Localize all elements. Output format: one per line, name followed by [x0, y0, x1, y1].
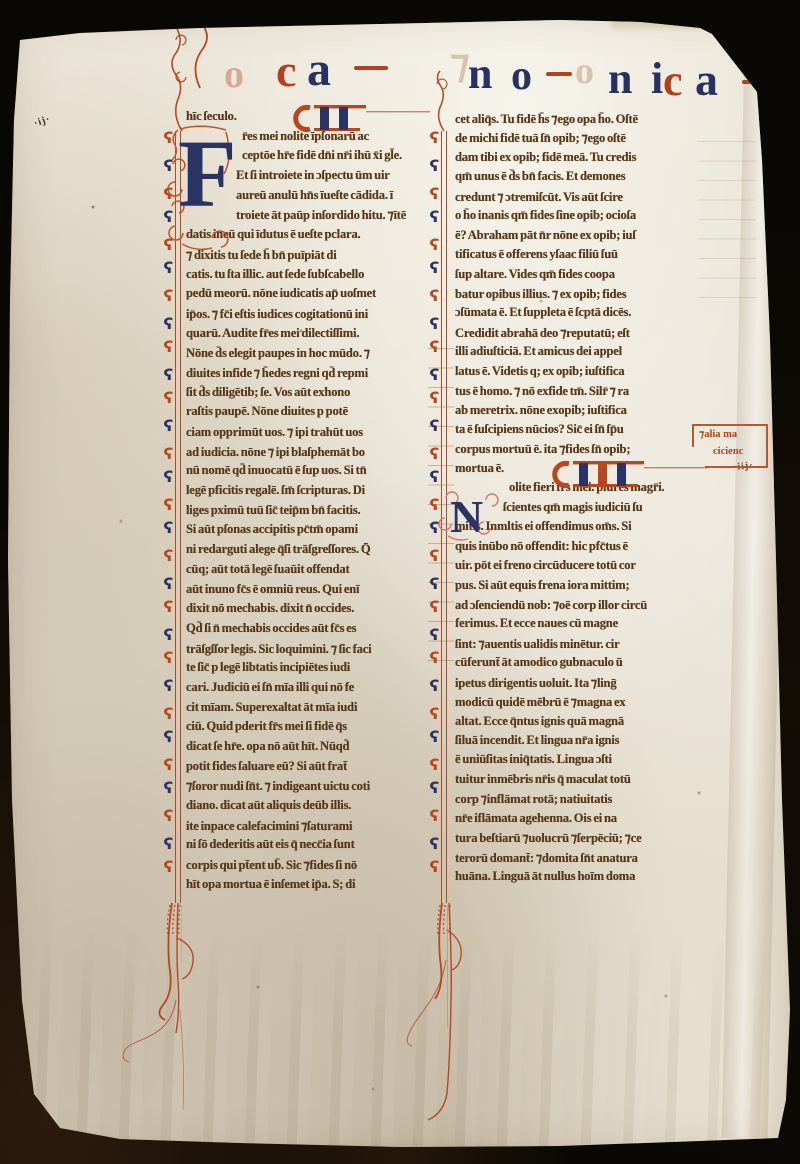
- photo-background: oca⁊noonica ·ij· ·iij· ʕʕʕʕʕʕʕʕʕʕʕʕʕʕʕʕʕ…: [0, 0, 800, 1164]
- pen-flourish-lines: [0, 0, 800, 1164]
- manuscript-leaf: oca⁊noonica ·ij· ·iij· ʕʕʕʕʕʕʕʕʕʕʕʕʕʕʕʕʕ…: [0, 0, 800, 1164]
- parchment-specks: [0, 0, 2, 2]
